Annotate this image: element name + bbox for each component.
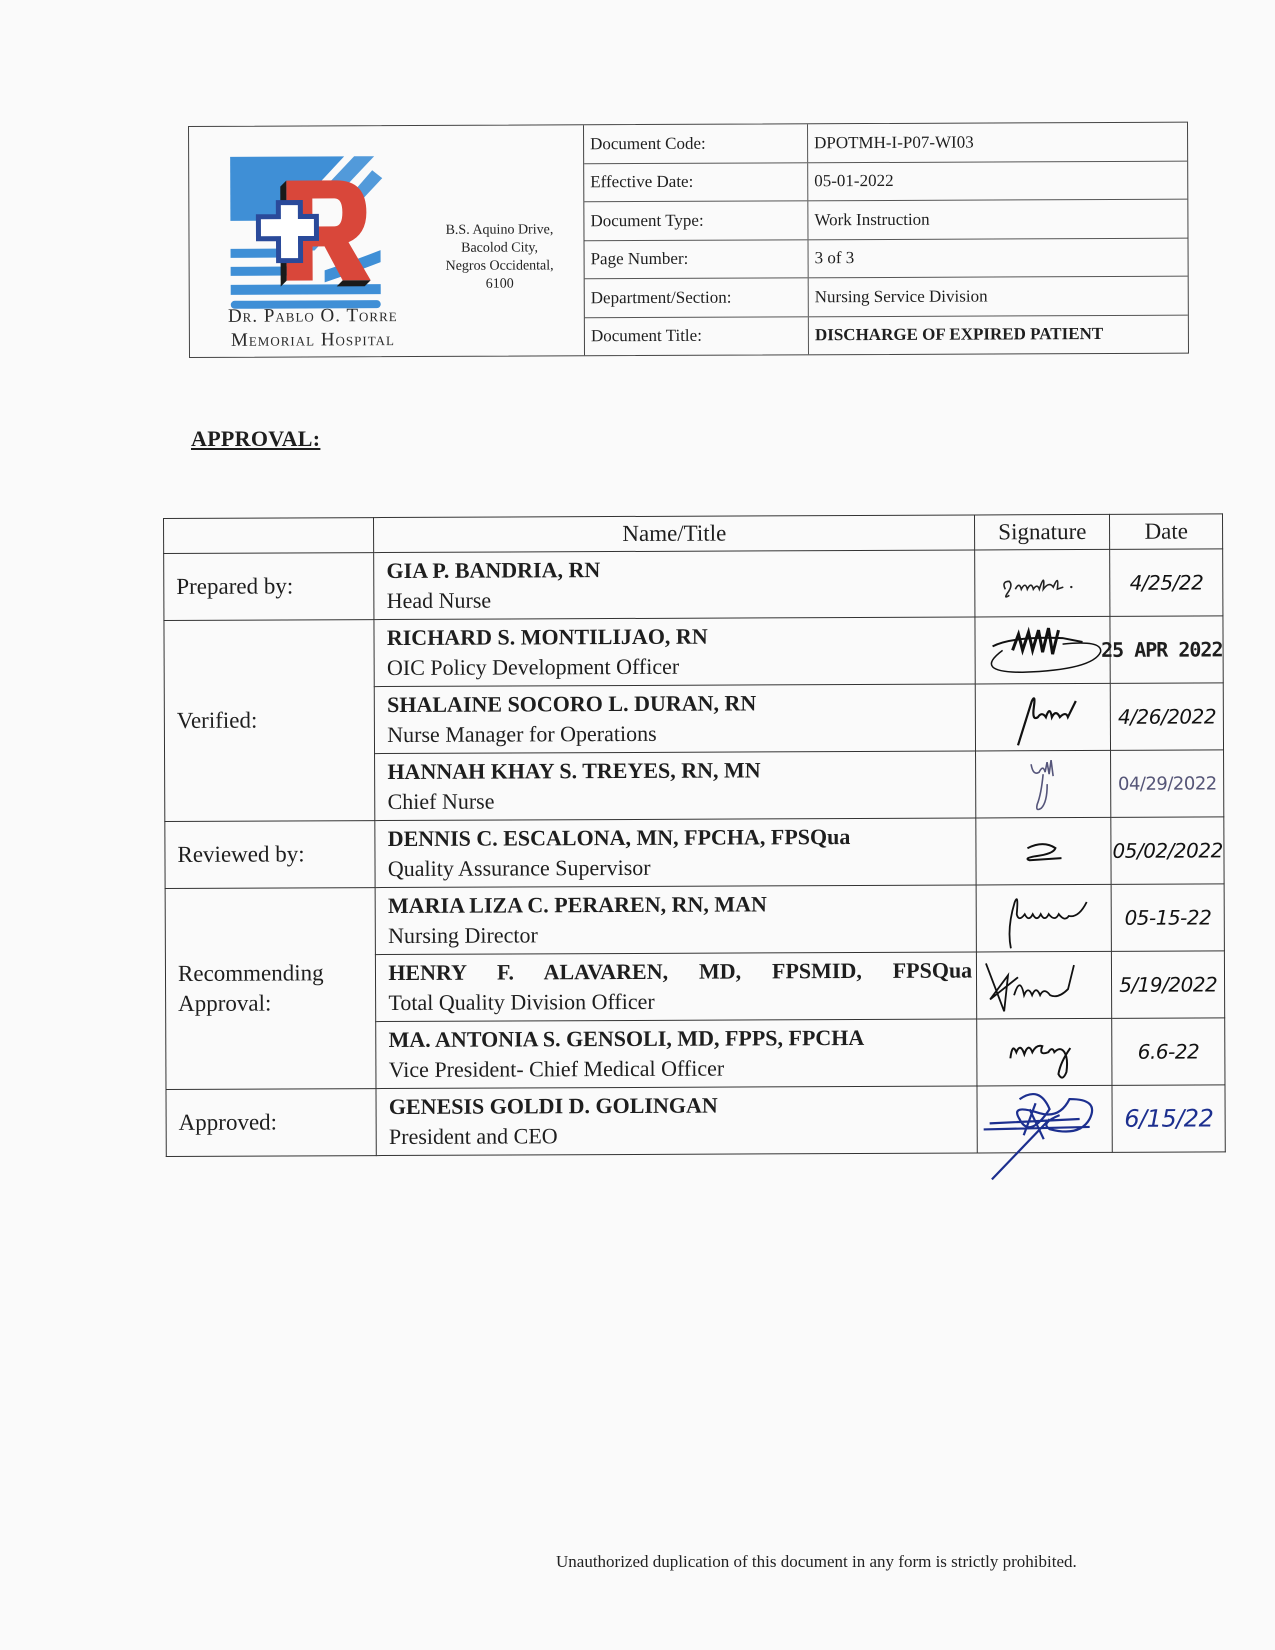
name-title-cell: MA. ANTONIA S. GENSOLI, MD, FPPS, FPCHA … — [376, 1019, 977, 1089]
signer-title: Quality Assurance Supervisor — [388, 851, 976, 884]
document-title: DISCHARGE OF EXPIRED PATIENT — [809, 315, 1188, 354]
signature-cell — [976, 817, 1111, 885]
signature-cell — [975, 683, 1110, 751]
date-cell: 05-15-22 — [1111, 884, 1224, 951]
signature-cell — [977, 1018, 1112, 1086]
signer-title: Chief Nurse — [387, 784, 975, 817]
table-row: Approved: GENESIS GOLDI D. GOLINGAN Pres… — [166, 1085, 1225, 1157]
meta-value: DPOTMH-I-P07-WI03 — [808, 123, 1187, 162]
signature-icon — [1013, 754, 1073, 814]
table-header-row: Name/Title Signature Date — [164, 514, 1223, 554]
signature-icon — [1014, 836, 1074, 866]
name-title-cell: HANNAH KHAY S. TREYES, RN, MN Chief Nurs… — [375, 751, 976, 821]
date-cell: 6/15/22 — [1112, 1085, 1225, 1152]
meta-row-document-code: Document Code: DPOTMH-I-P07-WI03 — [584, 123, 1187, 164]
meta-row-department: Department/Section: Nursing Service Divi… — [585, 277, 1188, 318]
meta-row-page-number: Page Number: 3 of 3 — [585, 238, 1188, 279]
meta-label: Effective Date: — [584, 163, 808, 201]
column-header-date: Date — [1110, 514, 1223, 549]
date-cell: 05/02/2022 — [1111, 817, 1224, 884]
date-cell: 25 APR 2022 — [1110, 616, 1223, 683]
signer-title: Head Nurse — [387, 583, 975, 616]
role-reviewed-by: Reviewed by: — [165, 821, 376, 889]
table-row: Prepared by: GIA P. BANDRIA, RN Head Nur… — [164, 549, 1223, 621]
signature-icon — [984, 955, 1104, 1016]
table-row: Reviewed by: DENNIS C. ESCALONA, MN, FPC… — [165, 817, 1224, 889]
signer-name: RICHARD S. MONTILIJAO, RN — [387, 620, 975, 653]
name-title-cell: GIA P. BANDRIA, RN Head Nurse — [374, 550, 975, 620]
meta-value: 3 of 3 — [809, 238, 1188, 277]
date-cell: 04/29/2022 — [1111, 750, 1224, 817]
signature-cell — [976, 884, 1111, 952]
name-title-cell: MARIA LIZA C. PERAREN, RN, MAN Nursing D… — [375, 885, 976, 955]
sign-date: 4/26/2022 — [1118, 704, 1216, 728]
signature-icon — [989, 888, 1099, 948]
signer-title: Vice President- Chief Medical Officer — [389, 1052, 977, 1085]
footer-notice: Unauthorized duplication of this documen… — [556, 1552, 1077, 1572]
signer-title: President and CEO — [389, 1119, 977, 1152]
signature-cell — [977, 1085, 1112, 1153]
approval-heading: APPROVAL: — [191, 426, 320, 452]
column-header-role — [164, 518, 374, 554]
signature-icon-blue — [980, 1089, 1110, 1150]
sign-date-stamp: 25 APR 2022 — [1101, 637, 1223, 662]
signer-name: MA. ANTONIA S. GENSOLI, MD, FPPS, FPCHA — [389, 1022, 977, 1055]
signer-name: MARIA LIZA C. PERAREN, RN, MAN — [388, 888, 976, 921]
meta-label: Page Number: — [585, 240, 809, 278]
sign-date: 04/29/2022 — [1118, 773, 1217, 794]
signer-name: GIA P. BANDRIA, RN — [386, 553, 974, 586]
name-title-cell: RICHARD S. MONTILIJAO, RN OIC Policy Dev… — [374, 617, 975, 687]
sign-date: 05-15-22 — [1124, 905, 1211, 929]
date-cell: 4/25/22 — [1110, 549, 1223, 616]
signer-name: HENRY F. ALAVAREN, MD, FPSMID, FPSQua — [388, 955, 976, 988]
hospital-address: B.S. Aquino Drive, Bacolod City, Negros … — [424, 221, 574, 294]
document-header: Dr. Pablo O. Torre Memorial Hospital B.S… — [188, 122, 1189, 358]
document-meta-table: Document Code: DPOTMH-I-P07-WI03 Effecti… — [584, 123, 1188, 356]
name-title-cell: DENNIS C. ESCALONA, MN, FPCHA, FPSQua Qu… — [375, 818, 976, 888]
hospital-name: Dr. Pablo O. Torre Memorial Hospital — [198, 304, 428, 353]
meta-value: Work Instruction — [808, 200, 1187, 239]
meta-value: 05-01-2022 — [808, 161, 1187, 200]
meta-row-document-title: Document Title: DISCHARGE OF EXPIRED PAT… — [585, 315, 1188, 355]
signature-icon — [994, 1022, 1094, 1082]
signature-icon — [998, 687, 1088, 747]
signature-cell — [977, 951, 1112, 1019]
signature-cell — [976, 750, 1111, 818]
sign-date: 6/15/22 — [1124, 1104, 1213, 1132]
role-prepared-by: Prepared by: — [164, 553, 375, 621]
meta-label: Document Code: — [584, 124, 808, 162]
signer-name: DENNIS C. ESCALONA, MN, FPCHA, FPSQua — [388, 821, 976, 854]
date-cell: 5/19/2022 — [1112, 951, 1225, 1018]
sign-date: 05/02/2022 — [1112, 838, 1222, 862]
signer-title: Total Quality Division Officer — [388, 985, 976, 1018]
signer-title: Nursing Director — [388, 918, 976, 951]
signer-name: SHALAINE SOCORO L. DURAN, RN — [387, 687, 975, 720]
sign-date: 4/25/22 — [1130, 570, 1204, 594]
signer-title: OIC Policy Development Officer — [387, 650, 975, 683]
meta-row-effective-date: Effective Date: 05-01-2022 — [584, 161, 1187, 202]
name-title-cell: GENESIS GOLDI D. GOLINGAN President and … — [376, 1086, 977, 1156]
meta-label: Document Type: — [584, 201, 808, 239]
table-row: Verified: RICHARD S. MONTILIJAO, RN OIC … — [164, 616, 1223, 688]
approval-table: Name/Title Signature Date Prepared by: G… — [163, 513, 1226, 1157]
meta-label: Document Title: — [585, 317, 809, 355]
signer-name: HANNAH KHAY S. TREYES, RN, MN — [387, 754, 975, 787]
table-row: RecommendingApproval: MARIA LIZA C. PERA… — [165, 884, 1224, 956]
signature-cell — [975, 549, 1110, 617]
signature-cell — [975, 616, 1110, 684]
sign-date: 6.6-22 — [1138, 1039, 1200, 1063]
name-title-cell: SHALAINE SOCORO L. DURAN, RN Nurse Manag… — [375, 684, 976, 754]
date-cell: 6.6-22 — [1112, 1018, 1225, 1085]
role-recommending-approval: RecommendingApproval: — [165, 888, 376, 1090]
column-header-name-title: Name/Title — [374, 515, 975, 553]
name-title-cell: HENRY F. ALAVAREN, MD, FPSMID, FPSQua To… — [376, 952, 977, 1022]
signer-name: GENESIS GOLDI D. GOLINGAN — [389, 1089, 977, 1122]
role-verified: Verified: — [164, 620, 375, 822]
hospital-logo-icon — [224, 150, 385, 311]
role-approved: Approved: — [166, 1089, 377, 1157]
logo-cell: Dr. Pablo O. Torre Memorial Hospital B.S… — [189, 125, 585, 357]
signature-icon — [983, 620, 1103, 681]
signature-icon — [997, 563, 1087, 603]
sign-date: 5/19/2022 — [1119, 972, 1217, 996]
meta-row-document-type: Document Type: Work Instruction — [584, 200, 1187, 241]
meta-label: Department/Section: — [585, 278, 809, 316]
meta-value: Nursing Service Division — [809, 277, 1188, 316]
signer-title: Nurse Manager for Operations — [387, 717, 975, 750]
date-cell: 4/26/2022 — [1111, 683, 1224, 750]
column-header-signature: Signature — [975, 514, 1110, 550]
